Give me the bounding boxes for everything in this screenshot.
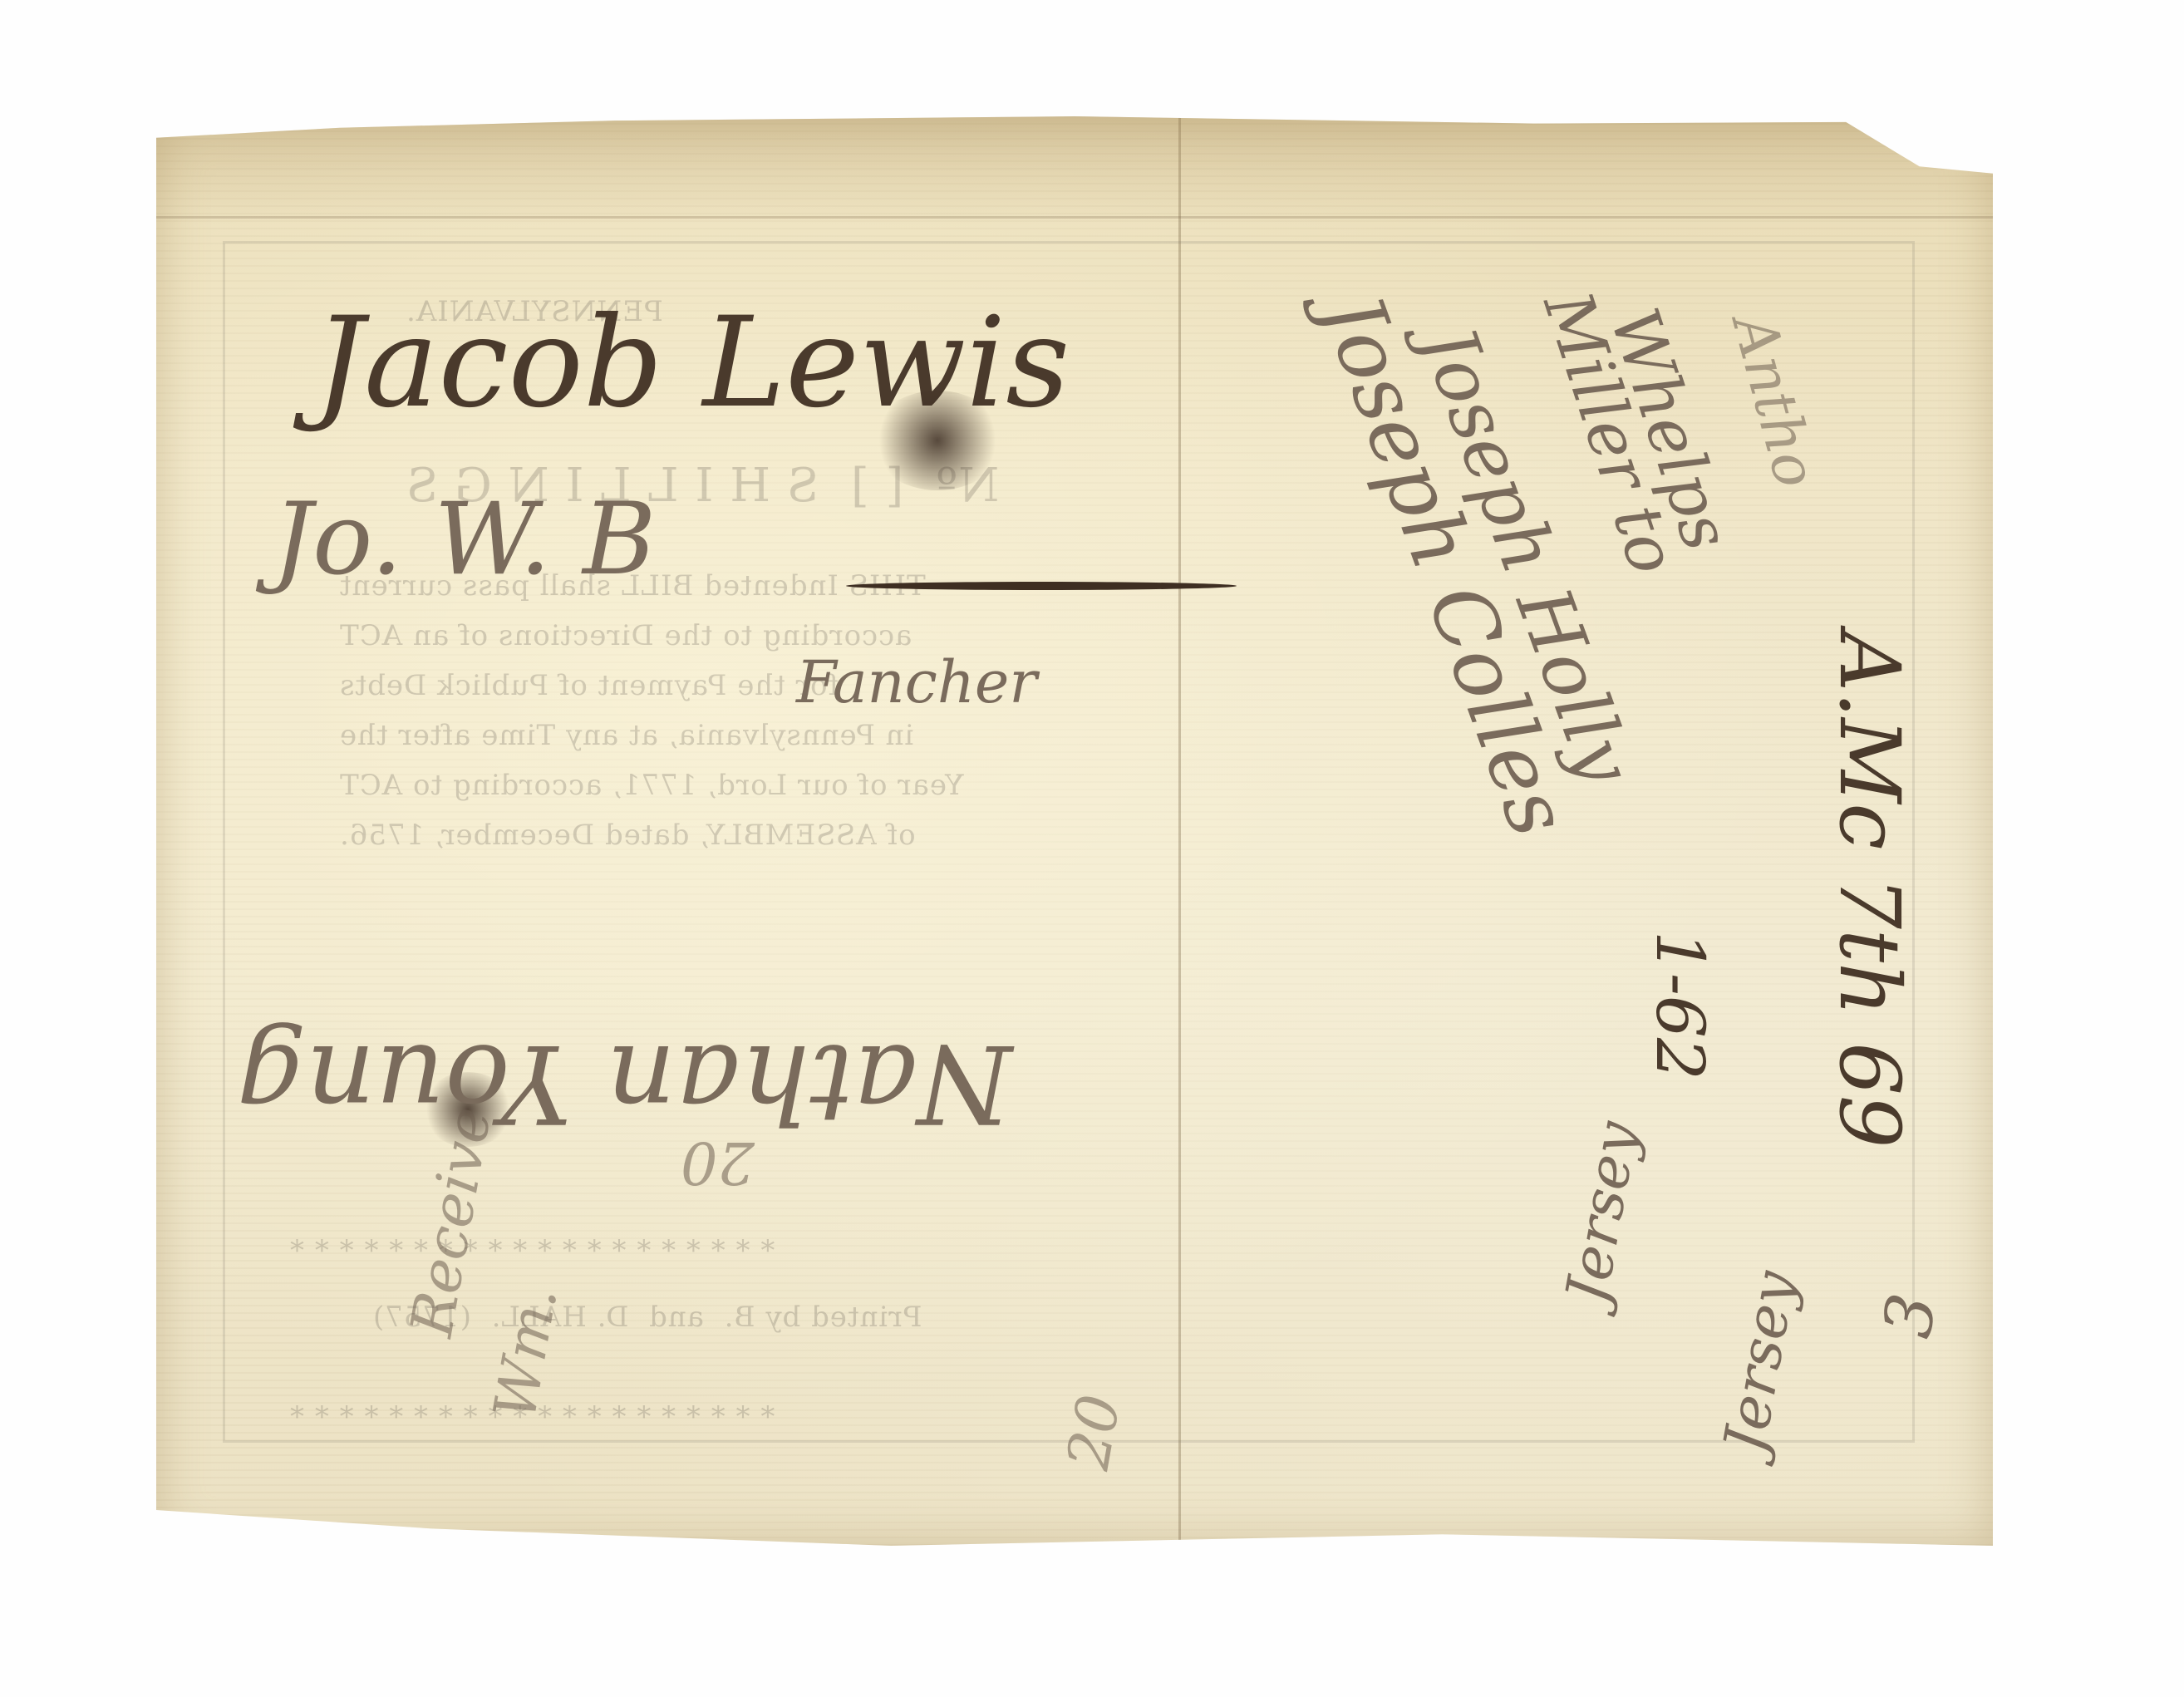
- rotated-number-20: 20: [1054, 1390, 1134, 1474]
- word-fancher: Fancher: [796, 648, 1037, 716]
- upside-down-number: 20: [681, 1129, 755, 1197]
- bleed-line-8: of ASSEMBLY, dated December, 1756.: [339, 814, 916, 856]
- banknote-paper: PENNSYLVANIA. Nº [ ] S H I L L I N G S T…: [156, 116, 1993, 1546]
- bleed-line-7: Year of our Lord, 1771, according to ACT: [339, 765, 963, 806]
- signature-initials: Jo. W. B: [273, 482, 656, 598]
- ink-smudge: [871, 391, 1004, 490]
- top-fold-line: [156, 216, 1993, 219]
- upside-down-signature: Nathan Young: [237, 1021, 1012, 1147]
- right-vertical-date: A.Mc 7th 69: [1821, 632, 1918, 1148]
- right-vertical-number: 1-62: [1641, 931, 1719, 1080]
- bleed-line-9: * * * * * * * * * * * * * * * * * * * *: [289, 1230, 775, 1272]
- bleed-line-6: in Pennsylvania, at any Time after the: [339, 715, 914, 756]
- bleed-line-5: for the Payment of Publick Debts: [339, 665, 839, 706]
- pen-flourish-line: [846, 582, 1237, 590]
